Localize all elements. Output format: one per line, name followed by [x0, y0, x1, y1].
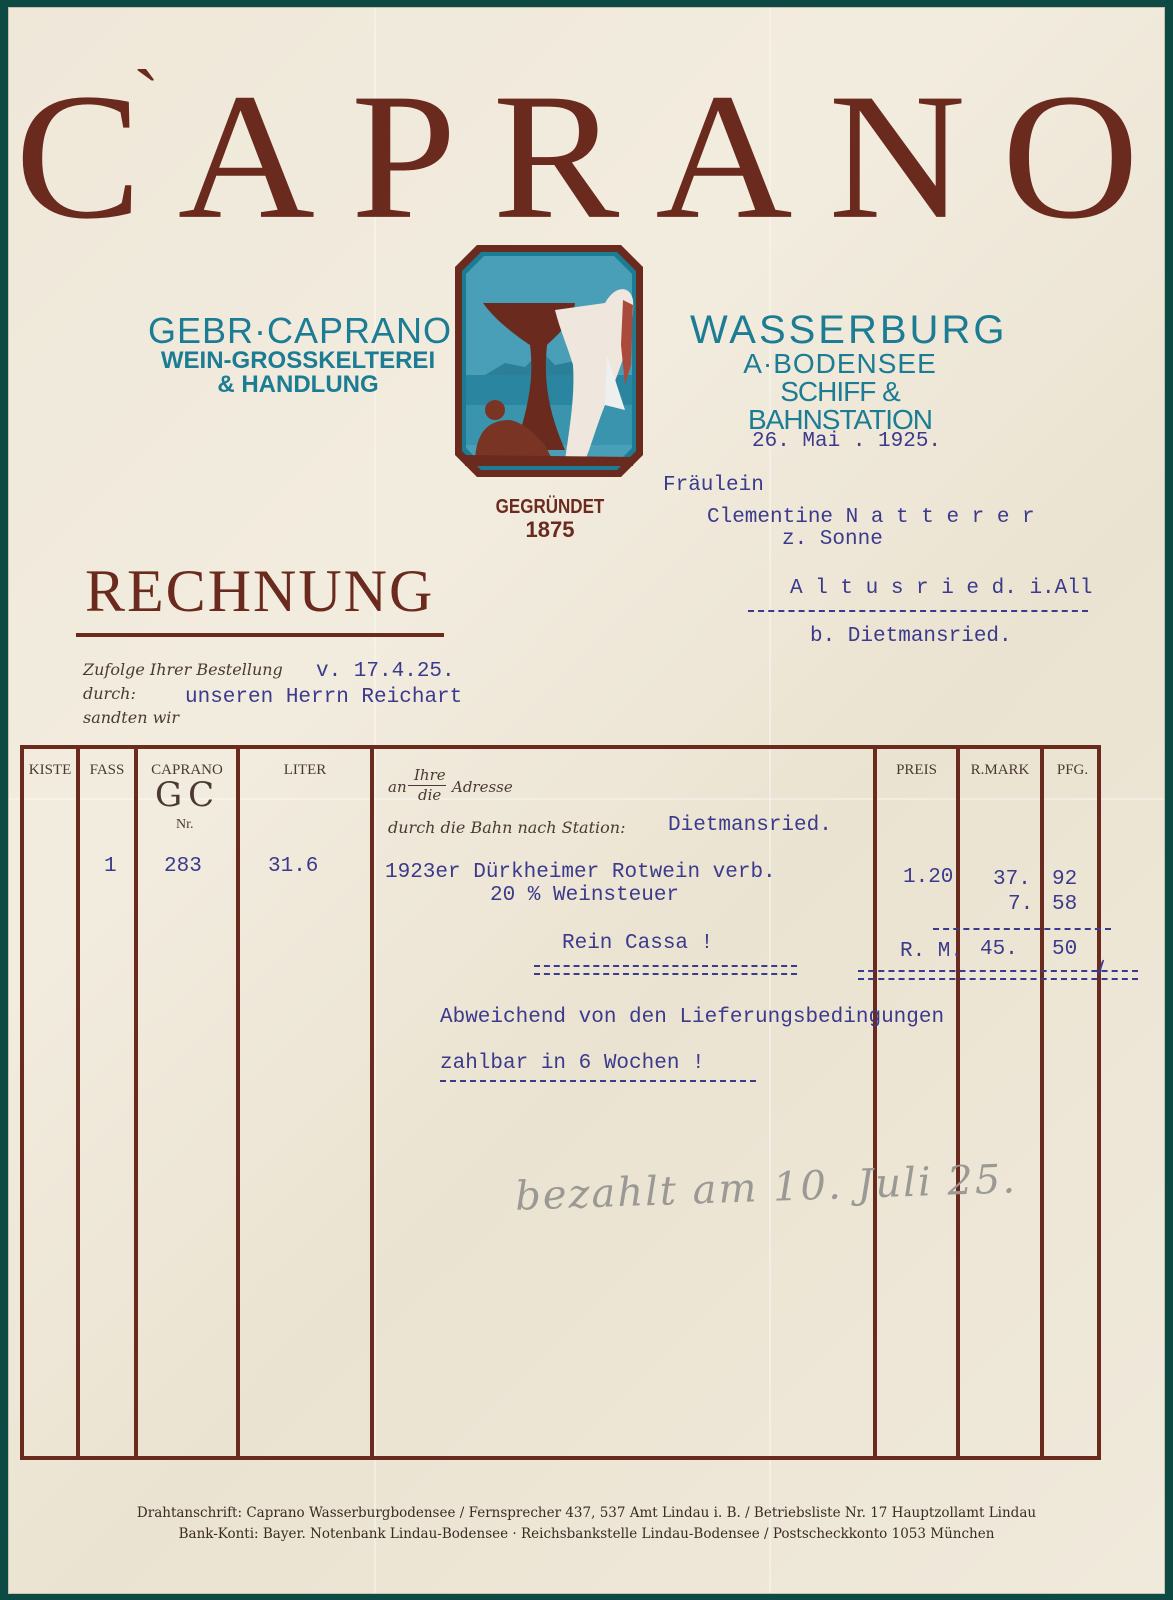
- cell-description: 1923er Dürkheimer Rotwein verb.: [385, 861, 776, 884]
- founded-label: GEGRÜNDET 1875: [480, 497, 620, 542]
- founded-year: 1875: [526, 517, 575, 542]
- column-divider: [1040, 745, 1044, 1460]
- cell-caprano-nr: 283: [164, 855, 202, 878]
- invoice-date: 26. Mai . 1925.: [752, 430, 941, 453]
- document-title: RECHNUNG: [85, 557, 434, 626]
- location-lake: A·BODENSEE: [690, 350, 990, 378]
- total-label: Rein Cassa !: [562, 932, 713, 955]
- order-value: v. 17.4.25.: [316, 660, 455, 683]
- company-business: WEIN-GROSSKELTEREI: [148, 349, 448, 373]
- total-rmark: 45.: [980, 938, 1018, 961]
- cell-fass: 1: [104, 855, 117, 878]
- recipient-line2: z. Sonne: [782, 528, 883, 551]
- header-preis: PREIS: [877, 762, 956, 779]
- subtotal-rule: [933, 928, 1111, 930]
- header-fass: FASS: [80, 762, 134, 779]
- header-rmark: R.MARK: [960, 762, 1040, 779]
- recipient-name: Clementine N a t t e r e r: [707, 506, 1035, 529]
- emblem-illustration-icon: [455, 245, 643, 477]
- founded-text: GEGRÜNDET: [491, 497, 610, 518]
- via-label: durch:: [83, 684, 136, 703]
- recipient-city: A l t u s r i e d. i.All: [790, 577, 1092, 600]
- column-divider: [873, 745, 877, 1460]
- double-rule: [534, 965, 797, 975]
- company-masthead: CAPRANO `: [15, 67, 1145, 248]
- cell-pfg: 58: [1052, 893, 1077, 916]
- location-station: SCHIFF & BAHNSTATION: [690, 378, 990, 434]
- company-name-block: GEBR·CAPRANO WEIN-GROSSKELTEREI & HANDLU…: [148, 313, 448, 397]
- column-divider: [370, 745, 374, 1460]
- sent-label: sandten wir: [83, 708, 179, 727]
- masthead-accent: `: [133, 59, 160, 135]
- cell-liter: 31.6: [268, 855, 318, 878]
- address-prefix: an: [388, 778, 407, 796]
- header-pfg: PFG.: [1044, 762, 1101, 779]
- header-kiste: KISTE: [24, 762, 76, 779]
- location-city: WASSERBURG: [690, 310, 990, 350]
- cell-rmark: 7.: [1008, 893, 1033, 916]
- address-option-1: Ihre: [414, 766, 446, 784]
- masthead-text: CAPRANO: [15, 57, 1173, 257]
- cell-preis: 1.20: [903, 866, 953, 889]
- header-liter: LITER: [240, 762, 370, 779]
- address-option-2: die: [418, 786, 441, 804]
- terms-underline: [440, 1080, 756, 1082]
- recipient-line4: b. Dietmansried.: [810, 625, 1012, 648]
- header-gc: GC: [155, 775, 220, 815]
- column-divider: [134, 745, 138, 1460]
- company-location-block: WASSERBURG A·BODENSEE SCHIFF & BAHNSTATI…: [690, 310, 990, 434]
- title-rule: [76, 633, 444, 637]
- order-label: Zufolge Ihrer Bestellung: [83, 660, 283, 679]
- recipient-salutation: Fräulein: [663, 474, 764, 497]
- total-pfg: 50: [1052, 938, 1077, 961]
- underline-dashes: [748, 610, 1088, 612]
- company-name: GEBR·CAPRANO: [148, 313, 448, 349]
- cell-description: 20 % Weinsteuer: [490, 884, 679, 907]
- via-value: unseren Herrn Reichart: [185, 686, 462, 709]
- total-prefix: R. M.: [900, 940, 963, 963]
- footer-contact: Drahtanschrift: Caprano Wasserburgbodens…: [0, 1505, 1173, 1521]
- address-suffix: Adresse: [452, 778, 513, 796]
- station-value: Dietmansried.: [668, 814, 832, 837]
- payment-terms: zahlbar in 6 Wochen !: [440, 1052, 705, 1075]
- company-business-2: & HANDLUNG: [148, 373, 448, 397]
- footer-bank: Bank-Konti: Bayer. Notenbank Lindau-Bode…: [0, 1526, 1173, 1542]
- cell-rmark: 37.: [993, 868, 1031, 891]
- cell-pfg: 92: [1052, 868, 1077, 891]
- column-divider: [76, 745, 80, 1460]
- header-nr: Nr.: [176, 817, 194, 833]
- column-divider: [956, 745, 960, 1460]
- column-divider: [236, 745, 240, 1460]
- station-label: durch die Bahn nach Station:: [388, 818, 625, 837]
- double-rule: [858, 970, 1138, 980]
- payment-note: Abweichend von den Lieferungsbedingungen: [440, 1006, 944, 1029]
- invoice-table: [20, 745, 1101, 1460]
